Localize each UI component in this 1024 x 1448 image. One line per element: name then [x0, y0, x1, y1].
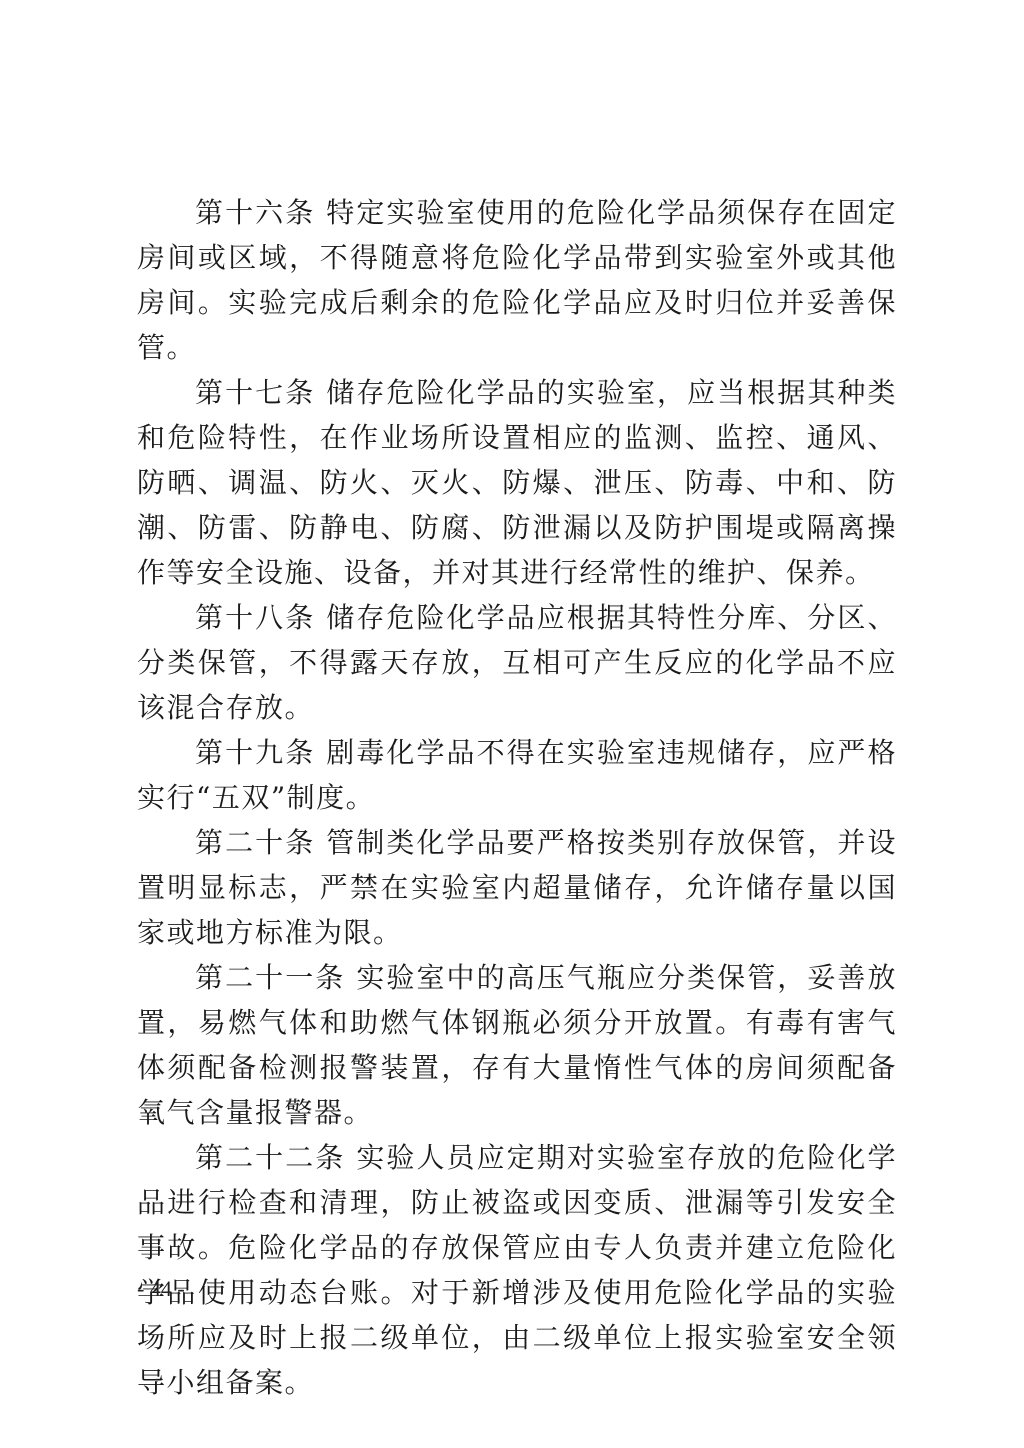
page-number: - 44 -: [137, 1274, 185, 1304]
article-16-paragraph: 第十六条 特定实验室使用的危险化学品须保存在固定房间或区域，不得随意将危险化学品…: [137, 190, 897, 370]
article-18-paragraph: 第十八条 储存危险化学品应根据其特性分库、分区、分类保管，不得露天存放，互相可产…: [137, 595, 897, 730]
article-19-paragraph: 第十九条 剧毒化学品不得在实验室违规储存，应严格实行“五双”制度。: [137, 730, 897, 820]
article-21-paragraph: 第二十一条 实验室中的高压气瓶应分类保管，妥善放置，易燃气体和助燃气体钢瓶必须分…: [137, 955, 897, 1135]
article-17-paragraph: 第十七条 储存危险化学品的实验室，应当根据其种类和危险特性，在作业场所设置相应的…: [137, 370, 897, 595]
article-22-paragraph: 第二十二条 实验人员应定期对实验室存放的危险化学品进行检查和清理，防止被盗或因变…: [137, 1135, 897, 1405]
document-body: 第十六条 特定实验室使用的危险化学品须保存在固定房间或区域，不得随意将危险化学品…: [137, 190, 897, 1405]
article-20-paragraph: 第二十条 管制类化学品要严格按类别存放保管，并设置明显标志，严禁在实验室内超量储…: [137, 820, 897, 955]
